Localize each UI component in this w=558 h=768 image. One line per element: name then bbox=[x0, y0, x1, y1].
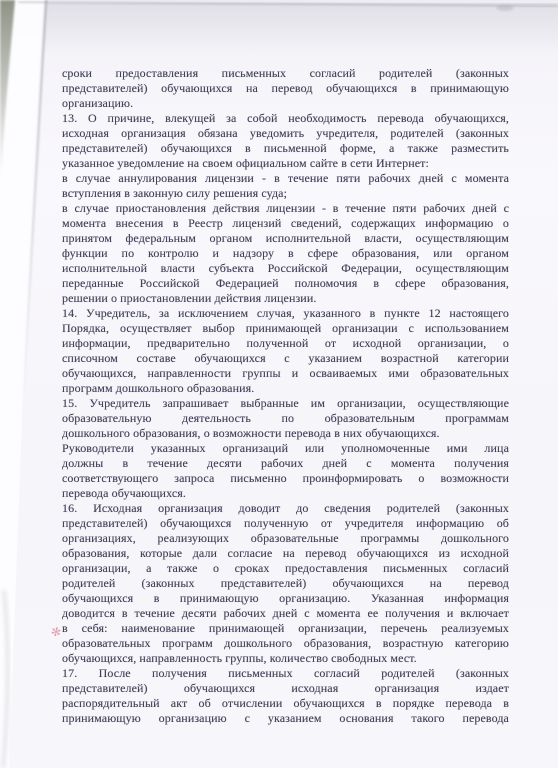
text-line: сроки предоставления письменных согласий… bbox=[62, 66, 509, 81]
text-line: организациях, реализующих образовательны… bbox=[62, 531, 509, 546]
text-line: дошкольного образования, о возможности п… bbox=[62, 426, 509, 441]
text-line: программ дошкольного образования. bbox=[62, 381, 509, 396]
text-line: списочном составе обучающихся с указание… bbox=[62, 351, 509, 366]
text-line: вступления в законную силу решения суда; bbox=[62, 186, 509, 201]
text-line: образовательную деятельность по образова… bbox=[62, 411, 509, 426]
text-line: переданные Российской Федерацией полномо… bbox=[62, 276, 509, 291]
text-line: в случае аннулирования лицензии - в тече… bbox=[62, 171, 509, 186]
document-text: сроки предоставления письменных согласий… bbox=[62, 66, 509, 726]
text-line: указанное уведомление на своем официальн… bbox=[62, 156, 509, 171]
text-line: функции по контролю и надзору в сфере об… bbox=[62, 246, 509, 261]
text-line: решении о приостановлении действия лицен… bbox=[62, 291, 509, 306]
scanner-edge-shadow bbox=[0, 0, 15, 180]
text-line: исполнительной власти субъекта Российско… bbox=[62, 261, 509, 276]
text-line: соответствующего запроса письменно проин… bbox=[62, 471, 509, 486]
text-line: момента внесения в Реестр лицензий сведе… bbox=[62, 216, 509, 231]
text-line: представителей) обучающихся полученную о… bbox=[62, 516, 509, 531]
text-line: обучающихся в принимающую организацию. У… bbox=[62, 591, 509, 606]
text-line: перевода обучающихся. bbox=[62, 486, 509, 501]
top-right-smudge bbox=[496, 5, 514, 11]
text-line: доводится в течение десяти рабочих дней … bbox=[62, 606, 509, 621]
text-line: 15. Учредитель запрашивает выбранные им … bbox=[62, 396, 509, 411]
text-line: представителей) обучающихся в письменной… bbox=[62, 141, 509, 156]
text-line: информации, предварительно полученной от… bbox=[62, 336, 509, 351]
text-line: исходная организация обязана уведомить у… bbox=[62, 126, 509, 141]
text-line: 14. Учредитель, за исключением случая, у… bbox=[62, 306, 509, 321]
text-line: 17. После получения письменных согласий … bbox=[62, 666, 509, 681]
text-line: организацию. bbox=[62, 96, 509, 111]
text-line: Порядка, осуществляет выбор принимающей … bbox=[62, 321, 509, 336]
text-line: обучающихся, направленности группы и осв… bbox=[62, 366, 509, 381]
text-line: представителей) обучающихся исходная орг… bbox=[62, 681, 509, 696]
scanned-document-page: ✻ сроки предоставления письменных соглас… bbox=[0, 0, 558, 768]
text-line: принимающую организацию с указанием осно… bbox=[62, 711, 509, 726]
text-line: должны в течение десяти рабочих дней с м… bbox=[62, 456, 509, 471]
text-line: распорядительный акт об отчислении обуча… bbox=[62, 696, 509, 711]
page-crease-line bbox=[22, 0, 46, 420]
text-line: принятом федеральным органом исполнитель… bbox=[62, 231, 509, 246]
text-line: представителей) обучающихся на перевод о… bbox=[62, 81, 509, 96]
text-line: образовательных программ дошкольного обр… bbox=[62, 636, 509, 651]
text-line: 13. О причине, влекущей за собой необход… bbox=[62, 111, 509, 126]
text-line: организации, а также о сроках предоставл… bbox=[62, 561, 509, 576]
text-line: образования, которые дали согласие на пе… bbox=[62, 546, 509, 561]
text-line: в себя: наименование принимающей организ… bbox=[62, 621, 509, 636]
page-top-shading bbox=[8, 3, 558, 55]
text-line: родителей (законных представителей) обуч… bbox=[62, 576, 509, 591]
text-line: обучающихся, направленность группы, коли… bbox=[62, 651, 509, 666]
top-edge-line bbox=[18, 2, 558, 6]
text-line: 16. Исходная организация доводит до свед… bbox=[62, 501, 509, 516]
text-line: Руководители указанных организаций или у… bbox=[62, 441, 509, 456]
pink-margin-mark: ✻ bbox=[50, 624, 63, 640]
text-line: в случае приостановления действия лиценз… bbox=[62, 201, 509, 216]
backing-sheet bbox=[0, 0, 46, 768]
bottom-left-shadow bbox=[3, 590, 8, 768]
